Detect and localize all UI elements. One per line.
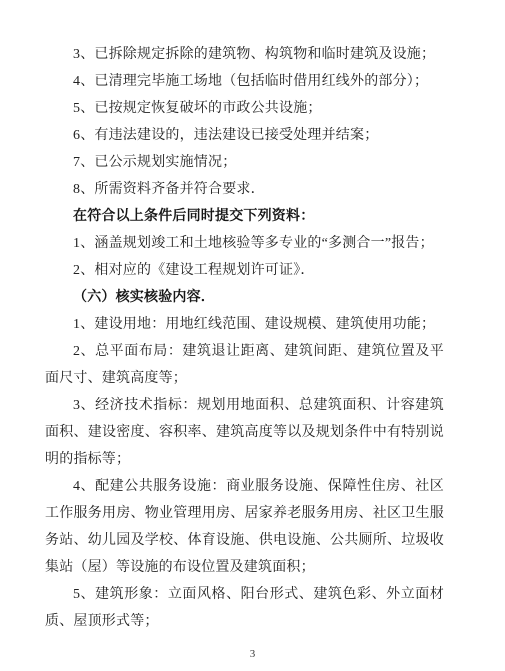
paragraph: 2、总平面布局：建筑退让距离、建筑间距、建筑位置及平面尺寸、建筑高度等；	[45, 338, 444, 392]
paragraph: 3、经济技术指标：规划用地面积、总建筑面积、计容建筑面积、建设密度、容积率、建筑…	[45, 392, 444, 473]
paragraph: 6、有违法建设的，违法建设已接受处理并结案；	[45, 122, 444, 149]
paragraph: 4、配建公共服务设施：商业服务设施、保障性住房、社区工作服务用房、物业管理用房、…	[45, 473, 444, 581]
paragraph: 7、已公示规划实施情况；	[45, 149, 444, 176]
section-heading: 在符合以上条件后同时提交下列资料：	[45, 203, 444, 230]
document-body: 3、已拆除规定拆除的建筑物、构筑物和临时建筑及设施；4、已清理完毕施工场地（包括…	[45, 41, 444, 635]
paragraph: 2、相对应的《建设工程规划许可证》．	[45, 257, 444, 284]
paragraph: 3、已拆除规定拆除的建筑物、构筑物和临时建筑及设施；	[45, 41, 444, 68]
paragraph: 1、建设用地：用地红线范围、建设规模、建筑使用功能；	[45, 311, 444, 338]
paragraph: 1、涵盖规划竣工和土地核验等多专业的“多测合一”报告；	[45, 230, 444, 257]
paragraph: 8、所需资料齐备并符合要求．	[45, 176, 444, 203]
page-number: 3	[0, 648, 505, 660]
document-page: 3、已拆除规定拆除的建筑物、构筑物和临时建筑及设施；4、已清理完毕施工场地（包括…	[0, 0, 505, 671]
section-heading: （六）核实核验内容．	[45, 284, 444, 311]
paragraph: 4、已清理完毕施工场地（包括临时借用红线外的部分）；	[45, 68, 444, 95]
paragraph: 5、已按规定恢复破坏的市政公共设施；	[45, 95, 444, 122]
paragraph: 5、建筑形象：立面风格、阳台形式、建筑色彩、外立面材质、屋顶形式等；	[45, 581, 444, 635]
